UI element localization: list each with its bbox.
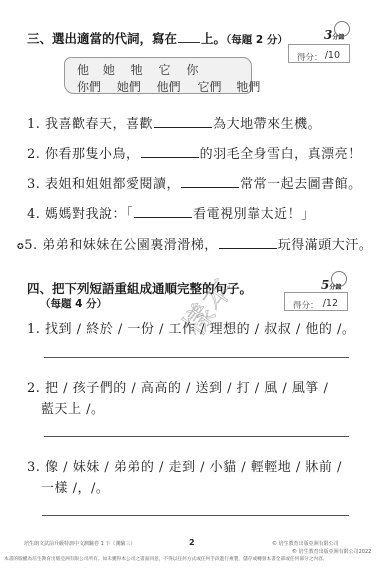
score-box-section4: 得分： /12	[284, 292, 348, 311]
question-3-5: ✪5. 弟弟和妹妹在公園裏滑滑梯，玩得滿頭大汗。	[17, 234, 372, 253]
timer-icon	[334, 21, 350, 37]
footer-copyright-1: © 培生教育出版亞洲有限公司	[272, 540, 339, 547]
timer-badge-5min: 5分鐘	[321, 278, 341, 292]
section3-title: 三、選出適當的代詞，寫在上。（每題 2 分）	[27, 29, 288, 47]
answer-line-4-3[interactable]	[42, 515, 349, 516]
footer-book-title: 培生朗文試前升級特訓中文測驗卷 1 下（測驗三）	[24, 540, 135, 547]
answer-blank[interactable]	[154, 115, 212, 128]
answer-blank[interactable]	[134, 205, 192, 218]
timer-badge-3min: 3分鐘	[324, 28, 344, 42]
section4-points: （每題 4 分）	[40, 295, 107, 311]
answer-blank[interactable]	[181, 175, 239, 188]
page-number: 2	[189, 538, 195, 547]
footer-copyright-2: © 培生教育出版亞洲有限公司2022	[292, 548, 371, 555]
score-box-section3: 得分： /10	[288, 44, 350, 63]
word-bank-row-2: 你們 她們 他們 它們 牠們	[77, 78, 260, 95]
title-blank	[178, 31, 200, 43]
pronoun-word-bank: 他 她 牠 它 你 你們 她們 他們 它們 牠們	[64, 57, 252, 94]
question-3-3: 3. 表姐和姐姐都愛閱讀，常常一起去圖書館。	[27, 173, 362, 192]
question-3-2: 2. 你看那隻小鳥，的羽毛全身雪白，真漂亮！	[27, 143, 362, 162]
answer-blank[interactable]	[141, 145, 199, 158]
answer-line-4-2[interactable]	[44, 436, 349, 437]
timer-icon	[331, 271, 347, 287]
word-bank-row-1: 他 她 牠 它 你	[77, 61, 198, 78]
question-4-3: 3. 像 / 妹妹 / 弟弟的 / 走到 / 小貓 / 輕輕地 / 牀前 /	[27, 456, 342, 475]
question-3-4: 4. 媽媽對我說：「看電視別靠太近！」	[27, 203, 315, 222]
question-4-2: 2. 把 / 孩子們的 / 高高的 / 送到 / 打 / 風 / 風箏 /	[27, 377, 328, 396]
question-4-1: 1. 找到 / 終於 / 一份 / 工作 / 理想的 / 叔叔 / 他的 /。	[27, 318, 355, 337]
footer-notice: 本書的版權為培生教育出版亞洲有限公司所有。如未獲得本公司之書面同意，不得以任何方…	[4, 556, 327, 562]
answer-blank[interactable]	[219, 236, 277, 249]
question-4-3-cont: 一樣 /，/。	[41, 477, 109, 496]
answer-line-4-1[interactable]	[44, 357, 349, 358]
question-3-1: 1. 我喜歡春天，喜歡為大地帶來生機。	[27, 113, 321, 132]
question-4-2-cont: 藍天上 /。	[41, 398, 105, 417]
